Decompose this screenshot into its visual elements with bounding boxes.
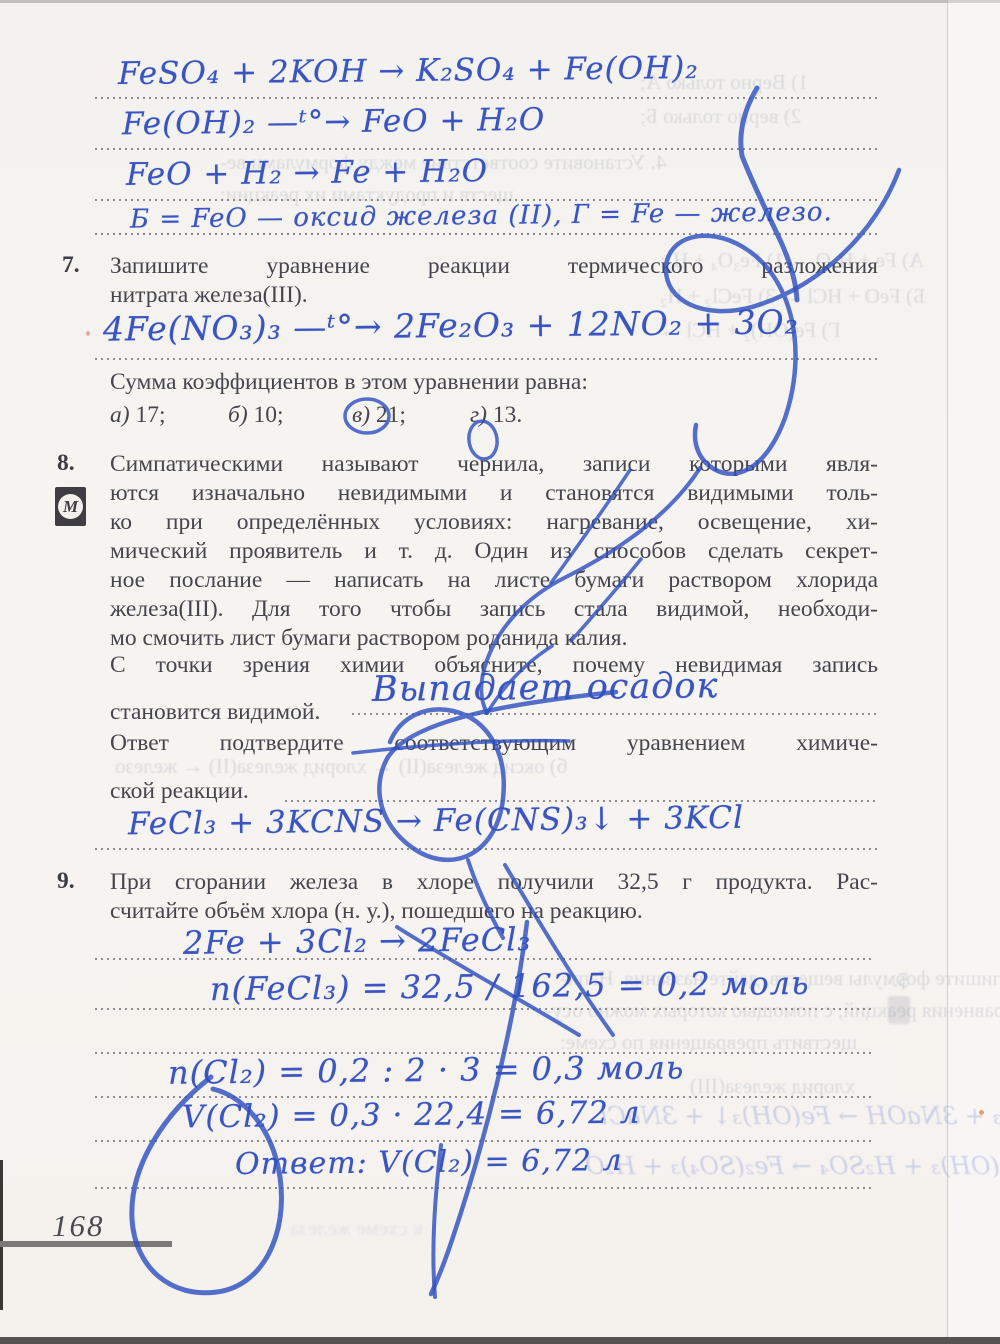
handwritten-equation-feso4: FeSO₄ + 2KOH → K₂SO₄ + Fe(OH)₂ [118, 50, 699, 92]
option-g: г) 13. [470, 402, 522, 429]
page-number: 168 [52, 1208, 105, 1244]
option-b-label: б) [228, 402, 248, 428]
problem-8-line: ко при определённых условиях: нагревание… [110, 508, 878, 537]
problem-8-line: мический проявитель и т. д. Один из спос… [110, 537, 878, 566]
problem-8-number: 8. [57, 450, 75, 477]
problem-7-sum-prompt: Сумма коэффициентов в этом уравнении рав… [110, 368, 588, 397]
handwritten-work-equation: 2Fe + 3Cl₂ → 2FeCl₃ [183, 920, 532, 962]
problem-8-line: мо смочить лист бумаги раствором роданид… [110, 624, 878, 653]
problem-9-number: 9. [57, 868, 75, 895]
ruled-line [95, 1008, 875, 1010]
page-right-margin [947, 0, 1000, 1344]
ink-speck [86, 331, 90, 336]
problem-8-confirm: Ответ подтвердите соответствующим уравне… [110, 729, 878, 758]
ruled-line [95, 97, 878, 99]
scan-edge-left [0, 1160, 3, 1310]
option-g-value: 13. [493, 402, 522, 428]
problem-8-line: железа(III). Для того чтобы запись стала… [110, 595, 878, 624]
problem-8-confirm-line: Ответ подтвердите соответствующим уравне… [110, 729, 878, 758]
problem-8-confirm-tail: ской реакции. [110, 777, 249, 806]
problem-8-line: ются изначально невидимыми и становятся … [110, 479, 878, 508]
handwritten-work-moles-fecl3: n(FeCl₃) = 32,5 / 162,5 = 0,2 моль [210, 964, 810, 1008]
option-v-label: в) [352, 402, 370, 428]
m-badge-letter: М [58, 494, 83, 519]
scan-edge-bottom [0, 1337, 1000, 1344]
handwritten-equation-feo-h2: FeO + H₂ → Fe + H₂O [126, 153, 488, 193]
problem-7-number: 7. [62, 252, 80, 279]
show-through-handwriting: Fe(OH)₃ + H₂SO₄ → Fe₂(SO₄)₃ + H₂O [585, 1152, 1000, 1180]
problem-9-line: При сгорании железа в хлоре получили 32,… [110, 868, 878, 897]
option-b: б) 10; [228, 402, 284, 429]
problem-8-line: ное послание — написать на листе бумаги … [110, 566, 878, 595]
option-v-value: 21; [376, 402, 406, 428]
option-g-label: г) [470, 402, 487, 428]
problem-9-text: При сгорании железа в хлоре получили 32,… [110, 868, 878, 926]
ruled-line [95, 1140, 875, 1142]
ruled-line [95, 148, 878, 150]
footer-bar [0, 1241, 172, 1247]
problem-7-text: Запишите уравнение реакции термического … [110, 252, 878, 310]
ruled-line [95, 358, 878, 360]
option-b-value: 10; [254, 402, 284, 428]
show-through-text: 5. [893, 968, 909, 993]
scan-edge-top [0, 0, 1000, 3]
problem-8-question-tail: становится видимой. [110, 698, 320, 727]
show-through-badge [888, 996, 910, 1024]
handwritten-work-moles-cl2: n(Cl₂) = 0,2 : 2 · 3 = 0,3 моль [168, 1048, 685, 1091]
option-a: а) 17; [110, 402, 165, 429]
m-badge-icon: М [55, 487, 86, 526]
workbook-page-scan: 1) Верно только А; 2) верно только Б; 4.… [0, 0, 1000, 1344]
show-through-text: к схеме железа [290, 1216, 423, 1241]
handwritten-equation-problem-7: 4Fe(NO₃)₃ —ᵗ°→ 2Fe₂O₃ + 12NO₂ + 3O₂ [103, 302, 799, 348]
show-through-text: 2) верно только Б; [640, 104, 801, 129]
problem-8-line: Симпатическими называют чернила, записи … [110, 450, 878, 479]
handwritten-final-answer: Ответ: V(Cl₂) = 6,72 л [235, 1143, 623, 1182]
show-through-handwriting: FeCl₃ + 3NaOH → Fe(OH)₃↓ + 3NaCl [600, 1102, 1000, 1130]
ruled-line [95, 848, 878, 850]
option-a-value: 17; [135, 402, 165, 428]
option-a-label: а) [110, 402, 130, 428]
option-v-selected: в) 21; [352, 402, 406, 429]
handwritten-answer-problem-8: Выпадает осадок [372, 666, 719, 710]
handwritten-equation-problem-8: FeCl₃ + 3KCNS → Fe(CNS)₃↓ + 3KCl [128, 800, 744, 842]
ruled-line [95, 1187, 875, 1189]
problem-8-text: Симпатическими называют чернила, записи … [110, 450, 878, 653]
handwritten-work-volume-cl2: V(Cl₂) = 0,3 · 22,4 = 6,72 л [182, 1095, 641, 1136]
ruled-line [352, 713, 878, 715]
handwritten-equation-feoh2: Fe(OH)₂ —ᵗ°→ FeO + H₂O [122, 102, 546, 142]
ink-speck [979, 1110, 984, 1115]
handwritten-answer-b-g: Б = FeO — оксид железа (II), Г = Fe — же… [130, 197, 833, 234]
problem-7-line: Запишите уравнение реакции термического … [110, 252, 878, 281]
